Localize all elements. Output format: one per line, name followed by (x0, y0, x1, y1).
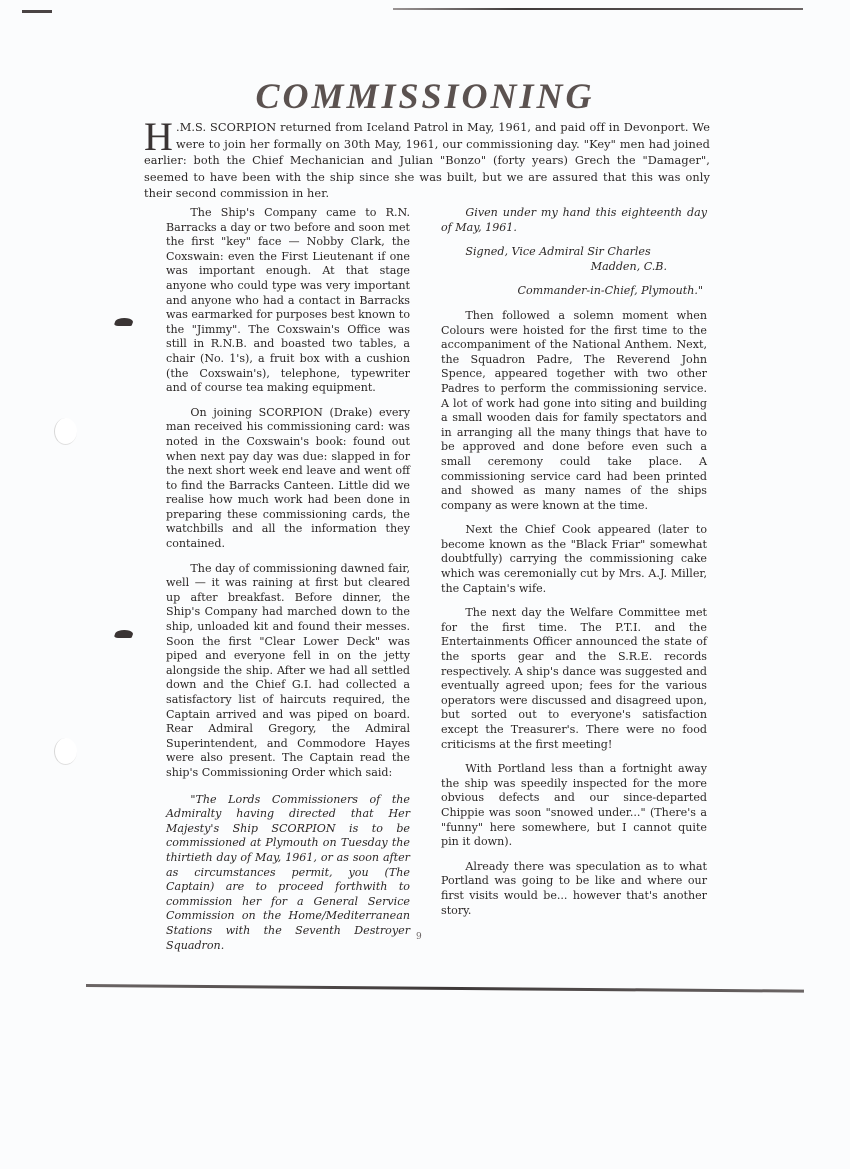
commissioning-order-quote: "The Lords Commissioners of the Admiralt… (166, 793, 410, 954)
intro-text: .M.S. SCORPION returned from Iceland Pat… (144, 121, 710, 200)
paragraph: Already there was speculation as to what… (441, 860, 707, 918)
drop-cap: H (144, 122, 173, 152)
intro-paragraph: H .M.S. SCORPION returned from Iceland P… (144, 120, 710, 203)
commander-in-chief: Commander-in-Chief, Plymouth." (441, 284, 707, 299)
paragraph: Then followed a solemn moment when Colou… (441, 309, 707, 513)
punch-hole (54, 418, 77, 445)
margin-mark-icon (114, 318, 135, 326)
right-column: Given under my hand this eighteenth day … (441, 206, 707, 928)
top-left-rule (22, 10, 52, 13)
paragraph: With Portland less than a fortnight away… (441, 762, 707, 850)
bottom-rule (86, 984, 804, 993)
signature-line-2: Madden, C.B. (441, 260, 707, 275)
signature-line-1: Signed, Vice Admiral Sir Charles (465, 245, 650, 258)
page-title: COMMISSIONING (0, 75, 850, 117)
paragraph: On joining SCORPION (Drake) every man re… (166, 406, 410, 552)
given-under-hand: Given under my hand this eighteenth day … (441, 206, 707, 235)
paragraph: The next day the Welfare Committee met f… (441, 606, 707, 752)
paragraph: Next the Chief Cook appeared (later to b… (441, 523, 707, 596)
margin-mark-icon (114, 630, 135, 638)
paragraph: The day of commissioning dawned fair, we… (166, 562, 410, 781)
top-right-rule (393, 8, 803, 10)
signature: Signed, Vice Admiral Sir Charles Madden,… (441, 245, 707, 274)
punch-hole (54, 738, 77, 765)
left-column: The Ship's Company came to R.N. Barracks… (166, 206, 410, 963)
paragraph: The Ship's Company came to R.N. Barracks… (166, 206, 410, 396)
page-number: 9 (416, 932, 422, 942)
